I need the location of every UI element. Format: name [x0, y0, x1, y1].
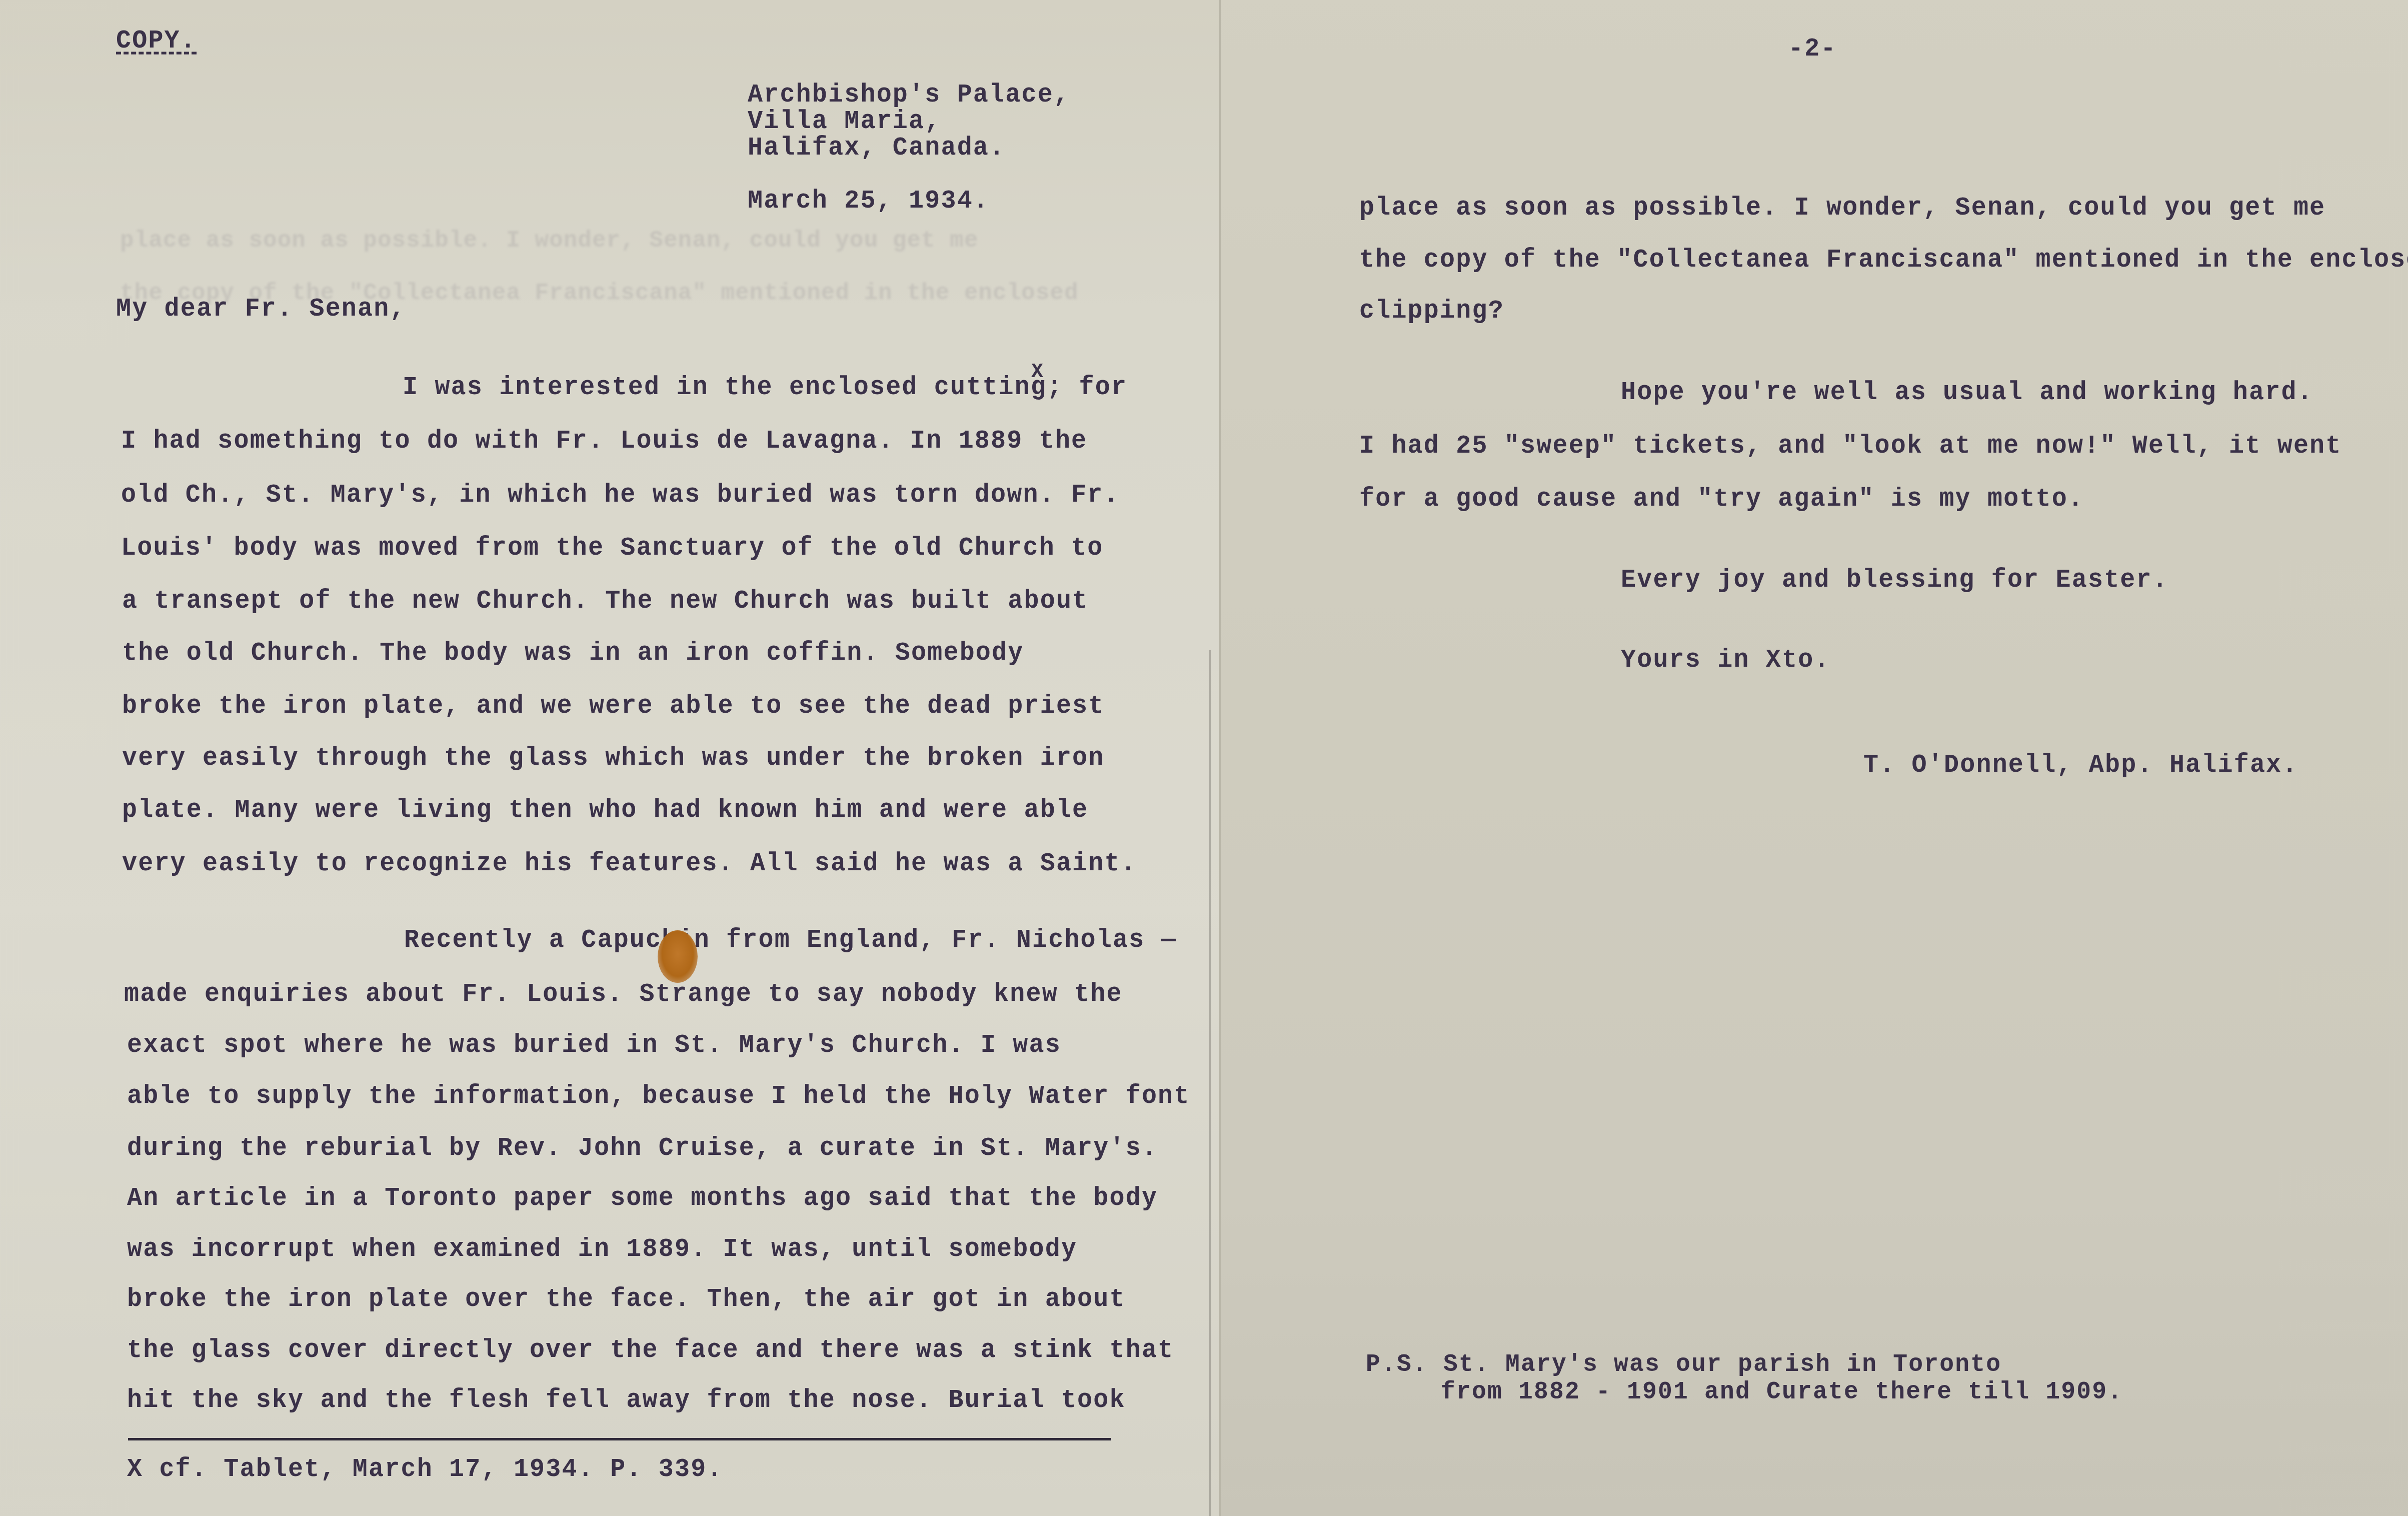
body-line: I was interested in the enclosed cutting…: [403, 373, 1127, 403]
body-line: during the reburial by Rev. John Cruise,…: [127, 1133, 1158, 1163]
page-number: -2-: [1788, 34, 1837, 64]
body-line: very easily through the glass which was …: [122, 743, 1105, 773]
body-line: a transept of the new Church. The new Ch…: [122, 586, 1088, 616]
postscript-line-1: P.S. St. Mary's was our parish in Toront…: [1366, 1350, 2001, 1379]
footnote-divider: [128, 1438, 1111, 1440]
address-line-2: Villa Maria,: [748, 107, 941, 137]
body-line: Louis' body was moved from the Sanctuary…: [121, 533, 1104, 563]
page-fold-shadow: [1209, 650, 1211, 1516]
body-line: the glass cover directly over the face a…: [127, 1335, 1174, 1365]
body-line: exact spot where he was buried in St. Ma…: [127, 1030, 1061, 1060]
body-line: broke the iron plate, and we were able t…: [122, 691, 1105, 721]
letter-page-2: -2- place as soon as possible. I wonder,…: [1219, 0, 2408, 1516]
body-line: I had 25 "sweep" tickets, and "look at m…: [1359, 431, 2342, 461]
footnote: X cf. Tablet, March 17, 1934. P. 339.: [127, 1454, 723, 1484]
body-line: very easily to recognize his features. A…: [122, 849, 1137, 879]
letter-date: March 25, 1934.: [748, 186, 989, 216]
body-line: old Ch., St. Mary's, in which he was bur…: [121, 480, 1120, 510]
body-line: Recently a Capuchin from England, Fr. Ni…: [404, 925, 1177, 955]
body-line: was incorrupt when examined in 1889. It …: [127, 1234, 1077, 1264]
salutation: My dear Fr. Senan,: [116, 294, 406, 324]
body-line: the copy of the "Collectanea Franciscana…: [1359, 245, 2408, 275]
body-line: the old Church. The body was in an iron …: [122, 638, 1024, 668]
body-line: hit the sky and the flesh fell away from…: [127, 1385, 1126, 1415]
body-line: plate. Many were living then who had kno…: [122, 795, 1088, 825]
closing-line: Every joy and blessing for Easter.: [1621, 565, 2168, 595]
body-line: broke the iron plate over the face. Then…: [127, 1284, 1126, 1314]
stain-spot: [658, 930, 698, 983]
footnote-marker: X: [1031, 361, 1043, 384]
signature: T. O'Donnell, Abp. Halifax.: [1863, 750, 2298, 780]
body-line: for a good cause and "try again" is my m…: [1359, 484, 2084, 514]
body-line: able to supply the information, because …: [127, 1081, 1190, 1111]
address-line-3: Halifax, Canada.: [748, 133, 1005, 163]
bleed-through-text: place as soon as possible. I wonder, Sen…: [120, 228, 978, 254]
body-line: made enquiries about Fr. Louis. Strange …: [124, 979, 1123, 1009]
copy-mark: COPY.: [116, 26, 197, 56]
body-line: Hope you're well as usual and working ha…: [1621, 378, 2313, 408]
body-line: place as soon as possible. I wonder, Sen…: [1359, 193, 2325, 223]
body-line: I had something to do with Fr. Louis de …: [121, 426, 1087, 456]
body-line: An article in a Toronto paper some month…: [127, 1183, 1158, 1213]
body-line: clipping?: [1359, 296, 1504, 326]
postscript-line-2: from 1882 - 1901 and Curate there till 1…: [1441, 1378, 2123, 1406]
address-line-1: Archbishop's Palace,: [748, 80, 1070, 110]
valediction: Yours in Xto.: [1621, 645, 1830, 675]
letter-page-1: place as soon as possible. I wonder, Sen…: [0, 0, 1219, 1516]
